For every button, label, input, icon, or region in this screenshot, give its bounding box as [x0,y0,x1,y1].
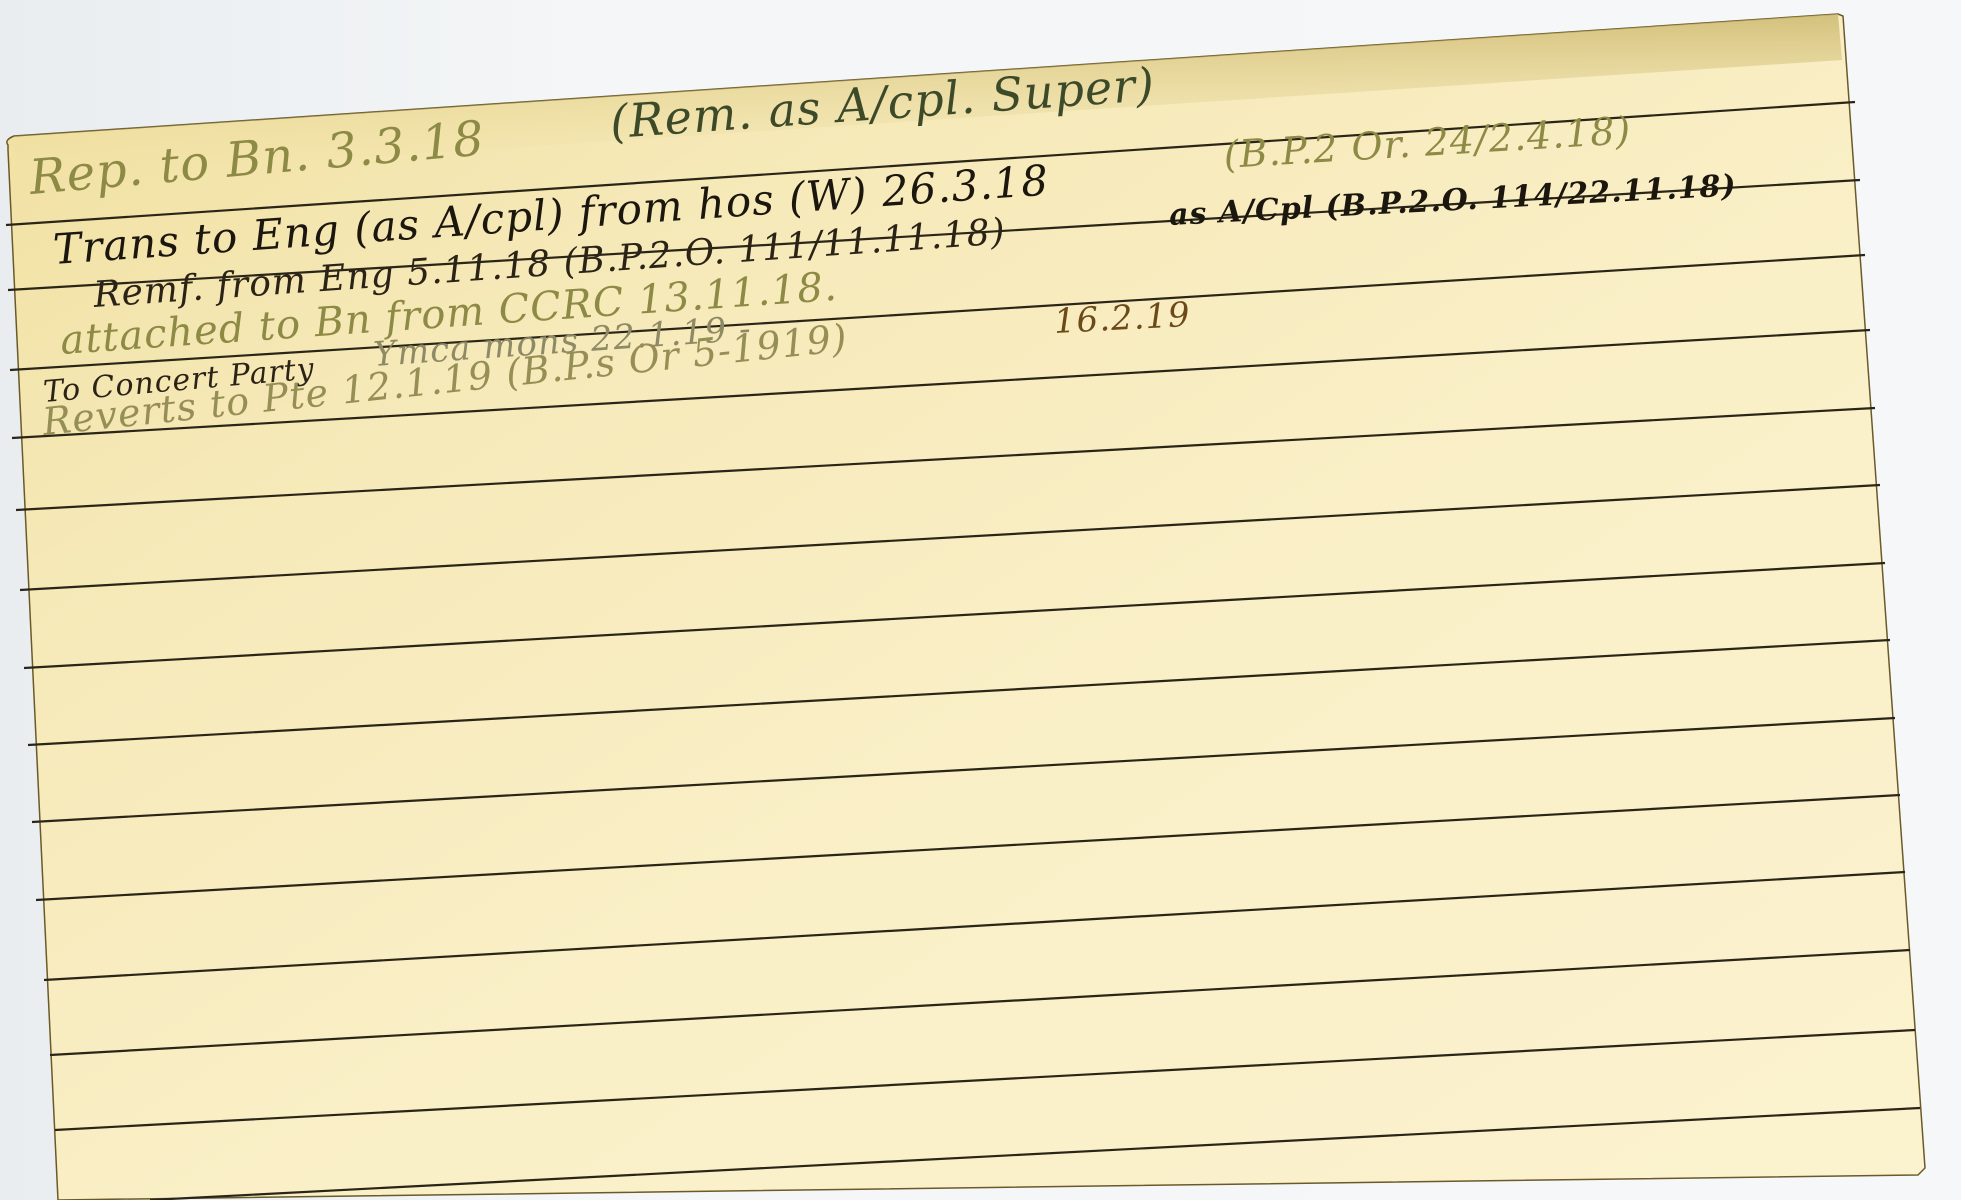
record-card: Rep. to Bn. 3.3.18 (Rem. as A/cpl. Super… [0,0,1961,1200]
entry-ymca-end-date: 16.2.19 [1053,295,1192,342]
scan-background: Rep. to Bn. 3.3.18 (Rem. as A/cpl. Super… [0,0,1961,1200]
